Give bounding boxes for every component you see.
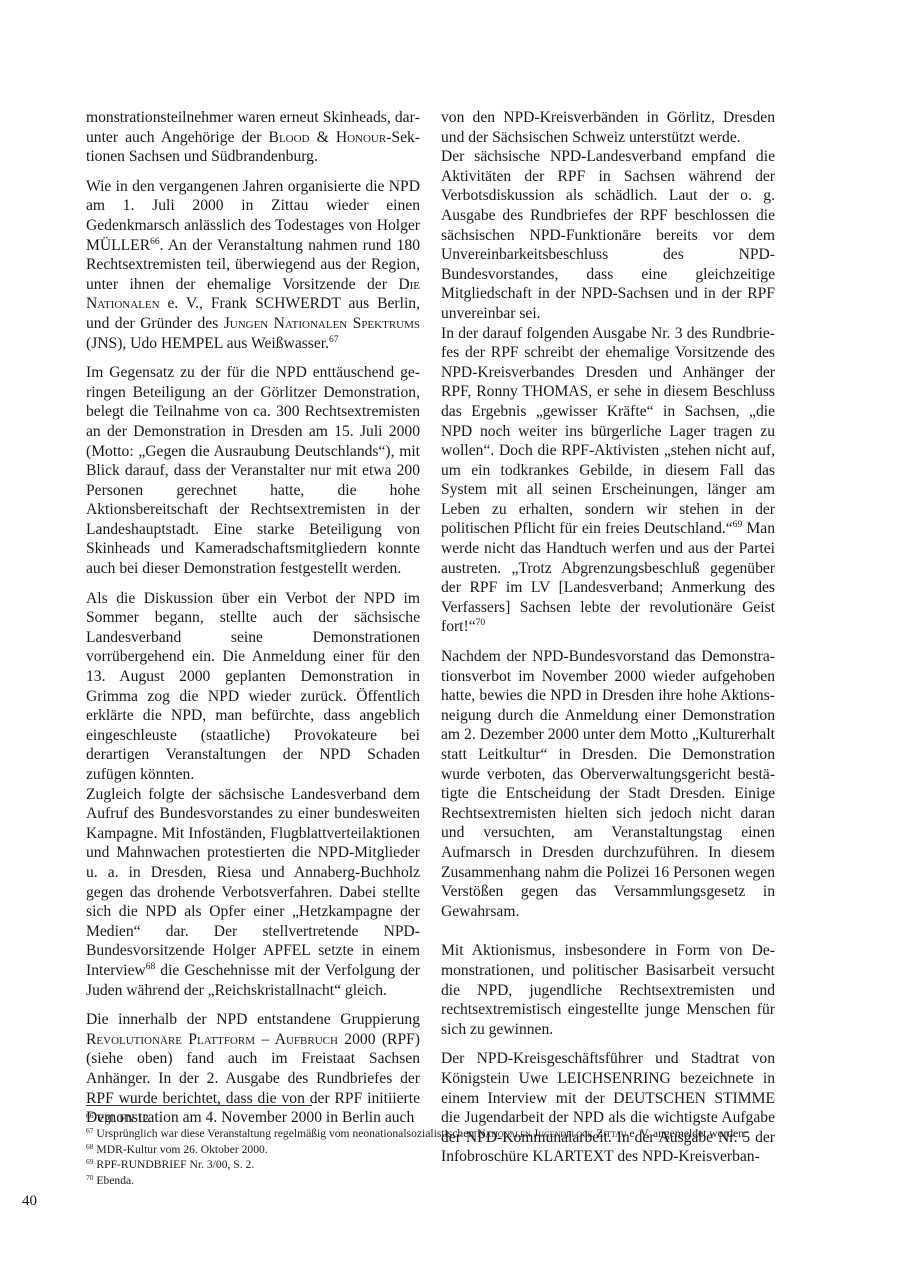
page-number: 40 (22, 1193, 37, 1210)
paragraph: Der sächsische NPD-Landesverband empfand… (441, 147, 775, 323)
paragraph: Nachdem der NPD-Bundesvorstand das Demon… (441, 647, 775, 921)
footnote-69: 69 RPF-RUNDBRIEF Nr. 3/00, S. 2. (86, 1157, 776, 1172)
footnote-ref[interactable]: 67 (329, 335, 339, 345)
paragraph: Als die Diskussion über ein Verbot der N… (86, 589, 420, 785)
left-column: monstrationsteilnehmer waren erneut Skin… (86, 108, 420, 1128)
org-name: Blood & Honour (269, 129, 387, 146)
paragraph: von den NPD-Kreisverbänden in Görlitz, D… (441, 108, 775, 147)
footnote-67: 67 Ursprünglich war diese Veranstaltung … (86, 1126, 776, 1141)
footnote-ref[interactable]: 66 (150, 237, 160, 247)
paragraph: Mit Aktionismus, insbesondere in Form vo… (441, 941, 775, 1039)
footnote-ref[interactable]: 69 (733, 520, 743, 530)
footnote-68: 68 MDR-Kultur vom 26. Oktober 2000. (86, 1142, 776, 1157)
paragraph: Wie in den vergangenen Jahren organisier… (86, 177, 420, 353)
footnote-ref[interactable]: 68 (146, 962, 156, 972)
right-column: von den NPD-Kreisverbänden in Görlitz, D… (441, 108, 775, 1167)
org-name: Revolutionäre Plattform – Aufbruch 2000 (86, 1031, 376, 1048)
footnote-66: 66 Vgl. FN 12. (86, 1111, 776, 1126)
footnote-ref[interactable]: 70 (476, 618, 486, 628)
org-name: Jungen Nationalen Spektrums (224, 315, 420, 332)
paragraph: Zugleich folgte der sächsische Landesver… (86, 785, 420, 1001)
footnotes: 66 Vgl. FN 12. 67 Ursprünglich war diese… (86, 1111, 776, 1188)
paragraph: Im Gegensatz zu der für die NPD enttäusc… (86, 363, 420, 579)
paragraph: monstrationsteilnehmer waren erneut Skin… (86, 108, 420, 167)
paragraph: In der darauf folgenden Ausgabe Nr. 3 de… (441, 324, 775, 638)
org-name: Nationalen Jugendblock Zittau (477, 1127, 627, 1140)
footnote-divider (86, 1105, 312, 1106)
footnote-70: 70 Ebenda. (86, 1173, 776, 1188)
